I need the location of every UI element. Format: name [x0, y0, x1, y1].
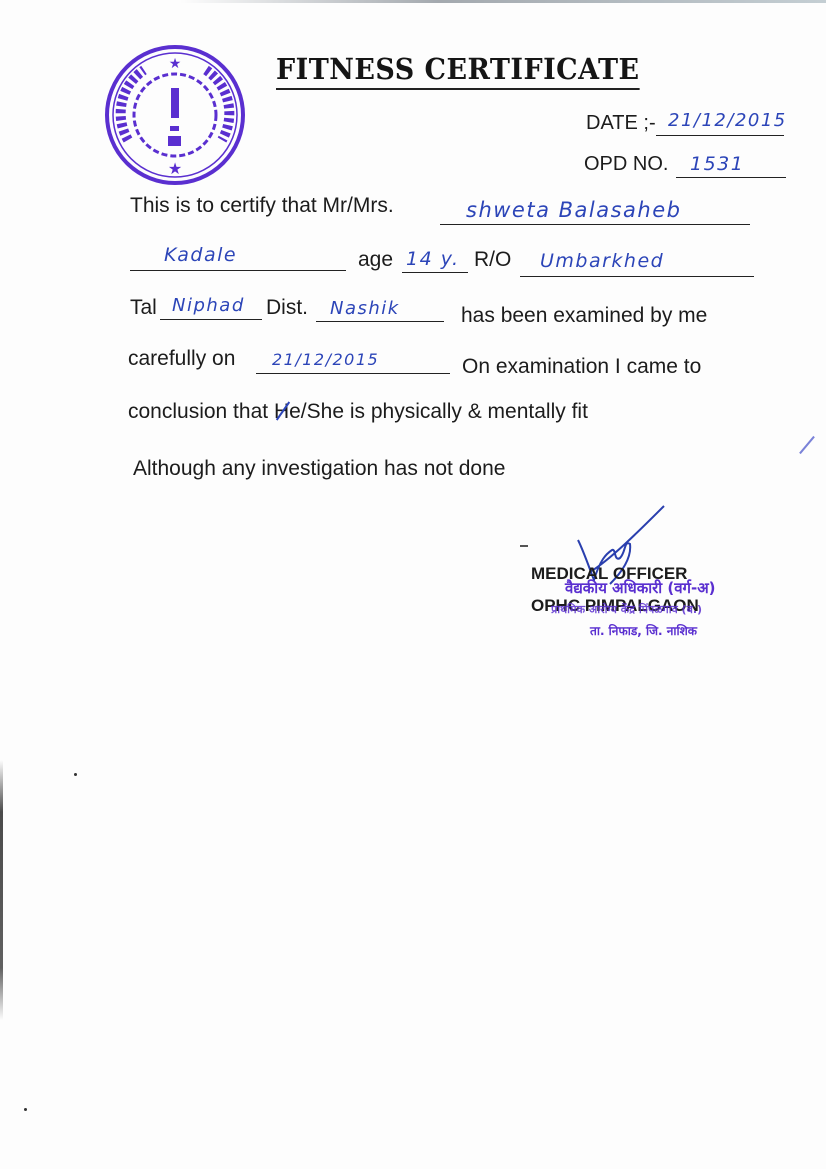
opd-number-value: 1531 [690, 153, 744, 175]
date-label: DATE ;- [586, 112, 656, 135]
taluka-label: Tal [130, 296, 157, 320]
patient-name-blank [440, 224, 750, 225]
district-label: Dist. [266, 296, 308, 320]
conclusion-prefix: conclusion that [128, 400, 274, 423]
residence-label: R/O [474, 248, 511, 272]
residence-blank [520, 276, 754, 277]
certificate-title: FITNESS CERTIFICATE [276, 52, 640, 90]
scan-speck [74, 773, 77, 776]
certify-intro-text: This is to certify that Mr/Mrs. [130, 194, 394, 218]
scan-speck [24, 1108, 27, 1111]
exam-date-value: 21/12/2015 [272, 350, 379, 369]
on-examination-text: On examination I came to [462, 355, 701, 379]
official-round-stamp-icon: ★ ★ [104, 44, 246, 186]
opd-number-blank [676, 177, 786, 178]
taluka-value: Niphad [172, 295, 245, 316]
signature-dash [520, 545, 528, 547]
age-blank [402, 272, 468, 273]
conclusion-line: conclusion that He/She is physically & m… [128, 400, 588, 424]
stamp-designation-marathi: वैद्यकीय अधिकारी (वर्ग-अ) [565, 578, 716, 598]
date-blank [656, 135, 784, 136]
scan-top-edge [180, 0, 826, 3]
age-label: age [358, 248, 393, 272]
svg-text:★: ★ [168, 161, 182, 178]
district-value: Nashik [330, 298, 400, 319]
patient-surname-value: Kadale [164, 244, 237, 266]
conclusion-he-struck: He [274, 400, 301, 423]
patient-name-value: shweta Balasaheb [466, 198, 681, 222]
stamp-facility-marathi: प्राथमिक आरोग्य केंद्र पिंपळगाव (ब.) [551, 602, 702, 617]
exam-date-blank [256, 373, 450, 374]
stamp-address-marathi: ता. निफाड, जि. नाशिक [590, 622, 697, 639]
patient-surname-blank [130, 270, 346, 271]
age-value: 14 y. [406, 248, 460, 270]
examined-text: has been examined by me [461, 304, 707, 328]
residence-value: Umbarkhed [540, 250, 664, 272]
carefully-on-label: carefully on [128, 347, 235, 371]
opd-number-label: OPD NO. [584, 153, 668, 176]
district-blank [316, 321, 444, 322]
svg-text:★: ★ [169, 55, 182, 71]
scan-left-edge [0, 760, 3, 1020]
taluka-blank [160, 319, 262, 320]
date-value: 21/12/2015 [668, 110, 787, 131]
pen-mark [799, 436, 815, 454]
investigation-note: Although any investigation has not done [133, 457, 505, 481]
certificate-page: ★ ★ FITNESS CERTIFICATE DATE ;- 21/12/20… [0, 0, 826, 1169]
conclusion-rest: /She is physically & mentally fit [301, 400, 588, 423]
